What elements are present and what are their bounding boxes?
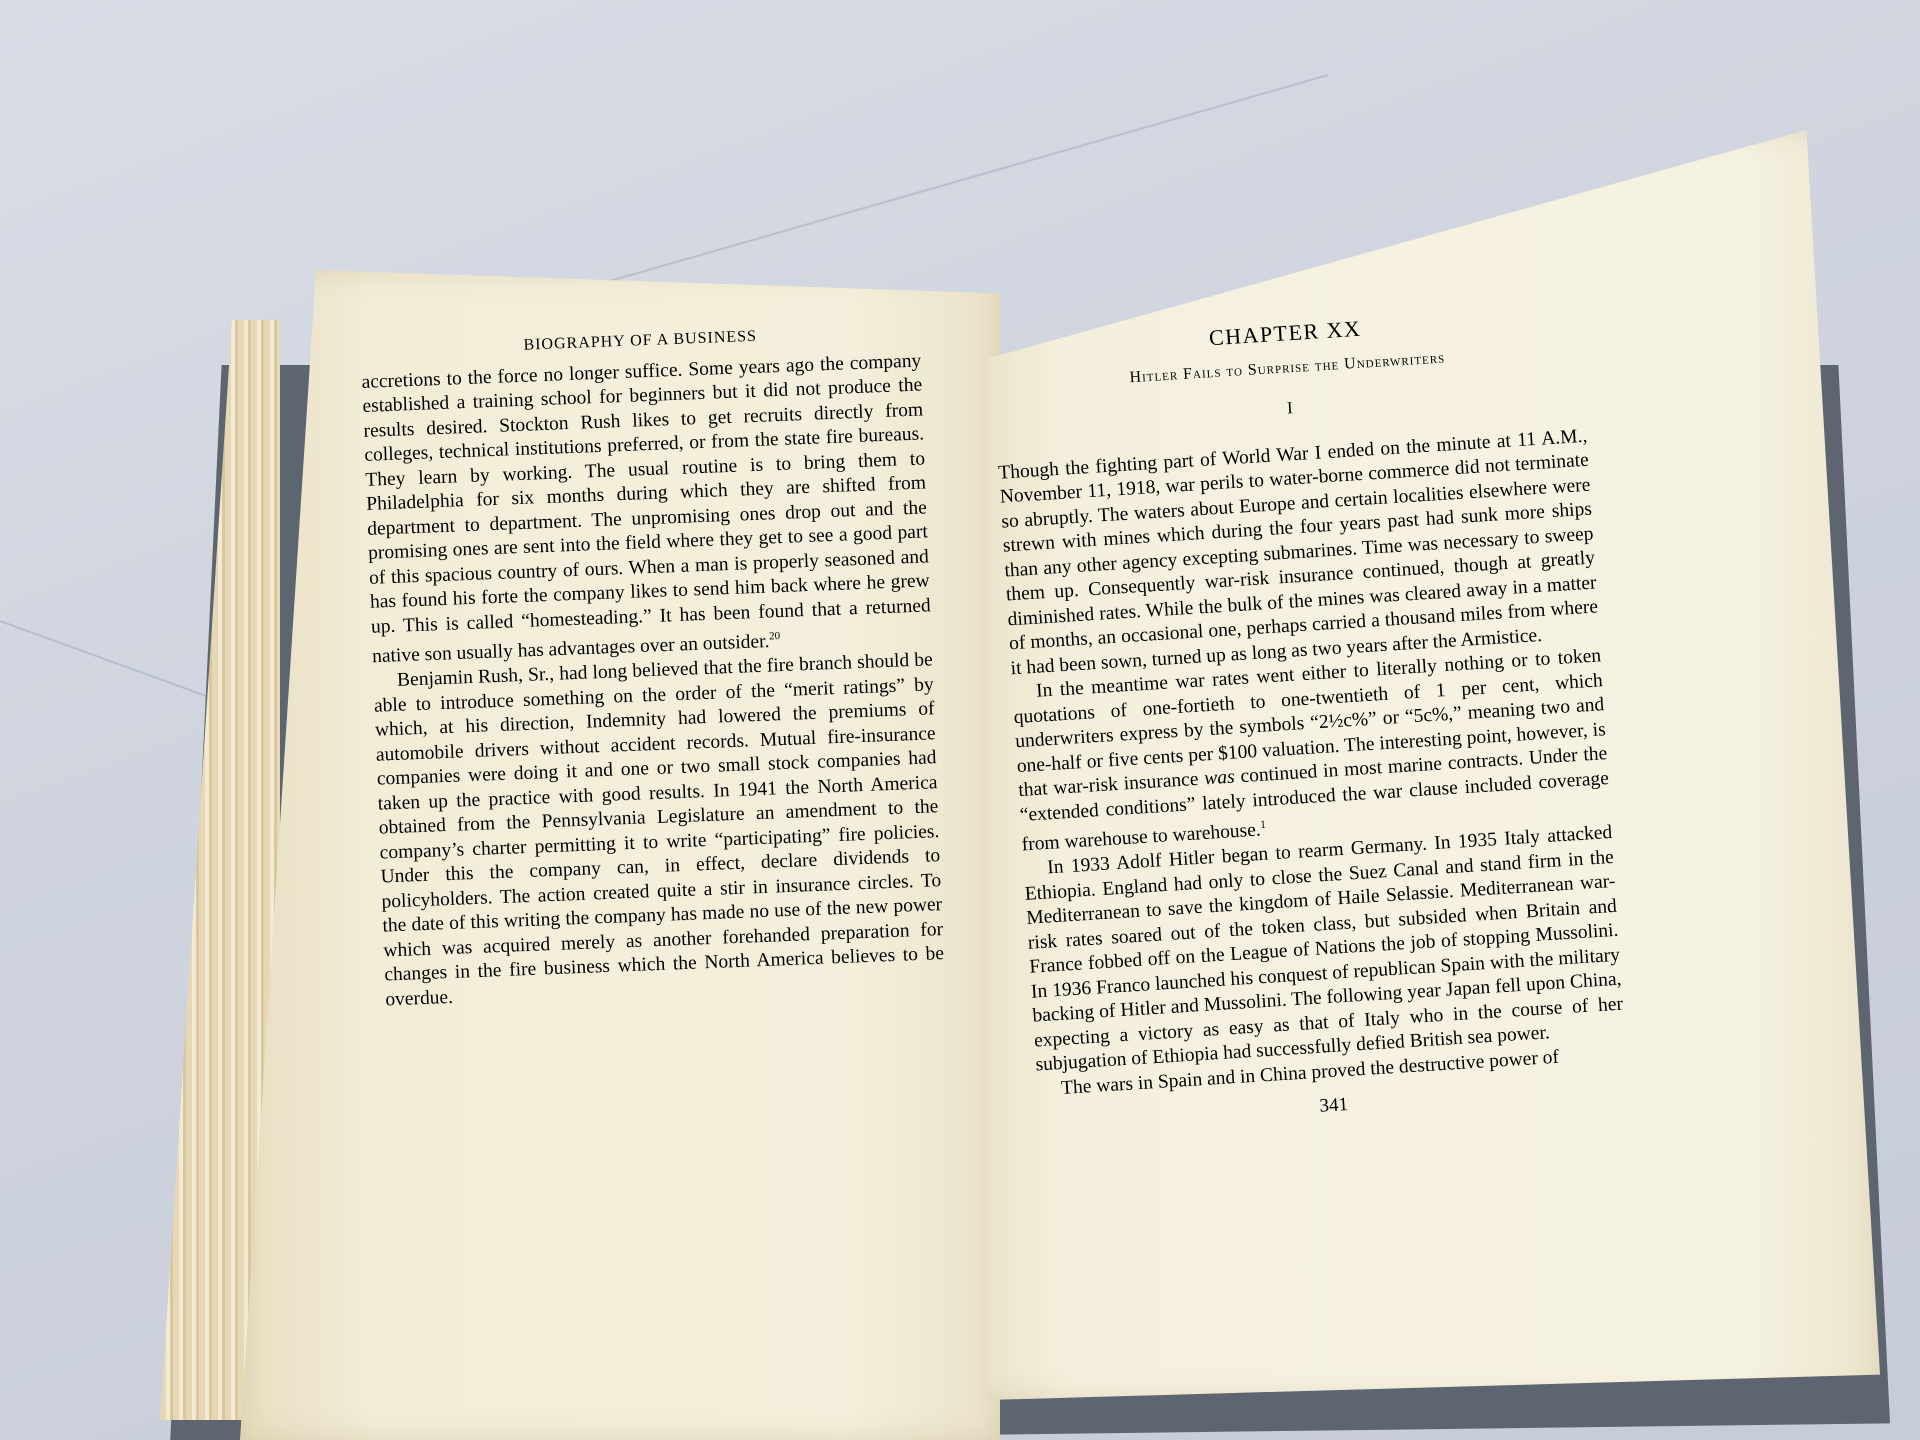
paragraph: Benjamin Rush, Sr., had long believed th…	[373, 648, 946, 1012]
floor-seam	[540, 74, 1329, 302]
footnote-ref: 20	[769, 630, 780, 642]
paragraph: Though the fighting part of World War I …	[998, 424, 1601, 681]
paragraph: accretions to the force no longer suffic…	[361, 349, 932, 670]
left-page-text: BIOGRAPHY OF A BUSINESS accretions to th…	[360, 319, 945, 1013]
footnote-ref: 1	[1260, 819, 1266, 831]
paragraph-text: accretions to the force no longer suffic…	[361, 350, 931, 667]
right-page-text: CHAPTER XX Hitler Fails to Surprise the …	[990, 303, 1629, 1137]
paragraph: In 1933 Adolf Hitler began to rearm Germ…	[1023, 821, 1626, 1078]
left-page-number: 340	[292, 288, 313, 304]
emphasis: was	[1204, 767, 1236, 790]
